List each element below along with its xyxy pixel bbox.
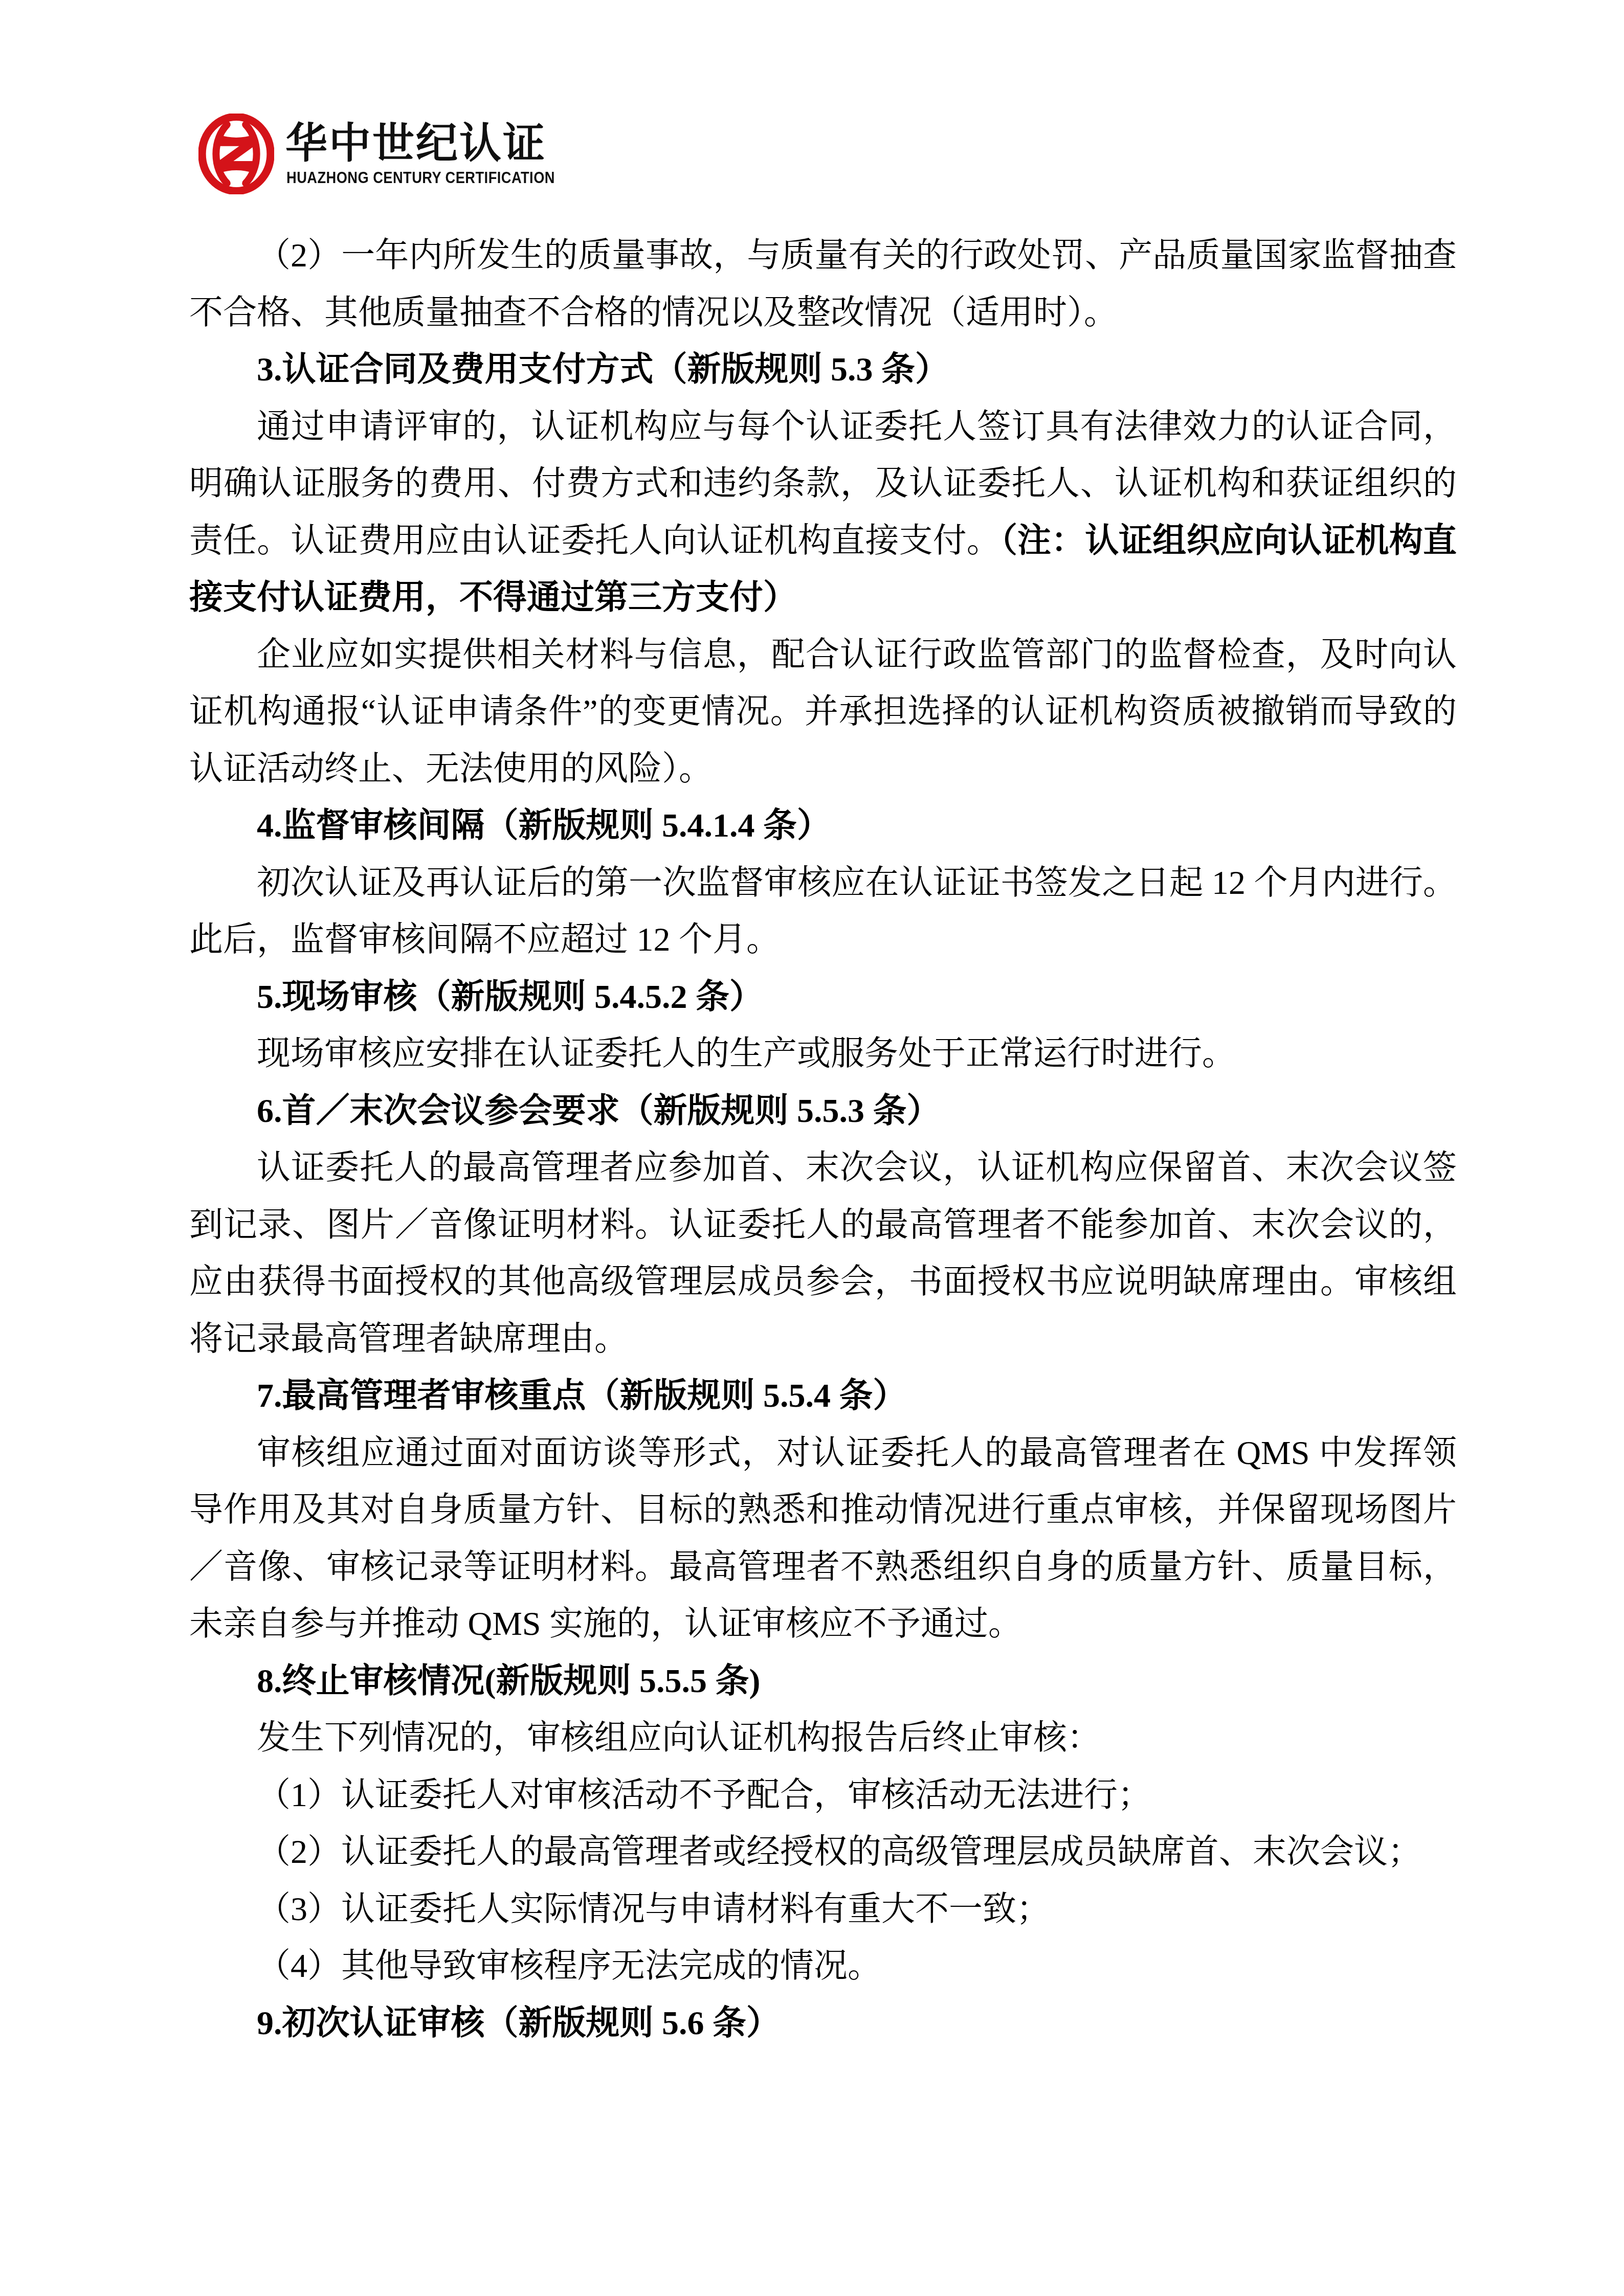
paragraph: 审核组应通过面对面访谈等形式，对认证委托人的最高管理者在 QMS 中发挥领导作用… <box>189 1425 1457 1653</box>
paragraph: 通过申请评审的，认证机构应与每个认证委托人签订具有法律效力的认证合同，明确认证服… <box>189 398 1457 626</box>
paragraph: 初次认证及再认证后的第一次监督审核应在认证证书签发之日起 12 个月内进行。此后… <box>189 854 1457 969</box>
logo-z-emblem-icon <box>198 114 274 194</box>
company-name-english: HUAZHONG CENTURY CERTIFICATION <box>286 169 555 187</box>
paragraph: （2）一年内所发生的质量事故，与质量有关的行政处罚、产品质量国家监督抽查不合格、… <box>189 227 1457 341</box>
document-page: { "logo": { "emblem_letter": "Z", "brand… <box>0 0 1624 2296</box>
section-heading: 3.认证合同及费用支付方式（新版规则 5.3 条） <box>189 341 1457 398</box>
section-heading: 4.监督审核间隔（新版规则 5.4.1.4 条） <box>189 797 1457 854</box>
paragraph: （1）认证委托人对审核活动不予配合，审核活动无法进行； <box>189 1767 1457 1824</box>
section-heading: 7.最高管理者审核重点（新版规则 5.5.4 条） <box>189 1367 1457 1425</box>
section-heading: 9.初次认证审核（新版规则 5.6 条） <box>189 1995 1457 2052</box>
paragraph: 企业应如实提供相关材料与信息，配合认证行政监管部门的监督检查，及时向认证机构通报… <box>189 626 1457 798</box>
section-heading: 5.现场审核（新版规则 5.4.5.2 条） <box>189 969 1457 1026</box>
company-name-chinese: 华中世纪认证 <box>285 122 546 166</box>
company-logo: 华中世纪认证 HUAZHONG CENTURY CERTIFICATION <box>198 114 587 206</box>
section-heading: 6.首／末次会议参会要求（新版规则 5.5.3 条） <box>189 1083 1457 1140</box>
paragraph: （2）认证委托人的最高管理者或经授权的高级管理层成员缺席首、末次会议； <box>189 1824 1457 1881</box>
document-body: （2）一年内所发生的质量事故，与质量有关的行政处罚、产品质量国家监督抽查不合格、… <box>189 227 1457 2052</box>
bold-note: （注：认证组织应向认证机构直接支付认证费用，不得通过第三方支付） <box>189 522 1457 617</box>
paragraph: 发生下列情况的，审核组应向认证机构报告后终止审核： <box>189 1709 1457 1767</box>
paragraph: （4）其他导致审核程序无法完成的情况。 <box>189 1938 1457 1995</box>
section-heading: 8.终止审核情况(新版规则 5.5.5 条) <box>189 1653 1457 1710</box>
paragraph: 认证委托人的最高管理者应参加首、末次会议，认证机构应保留首、末次会议签到记录、图… <box>189 1139 1457 1367</box>
paragraph: （3）认证委托人实际情况与申请材料有重大不一致； <box>189 1881 1457 1938</box>
paragraph: 现场审核应安排在认证委托人的生产或服务处于正常运行时进行。 <box>189 1025 1457 1083</box>
